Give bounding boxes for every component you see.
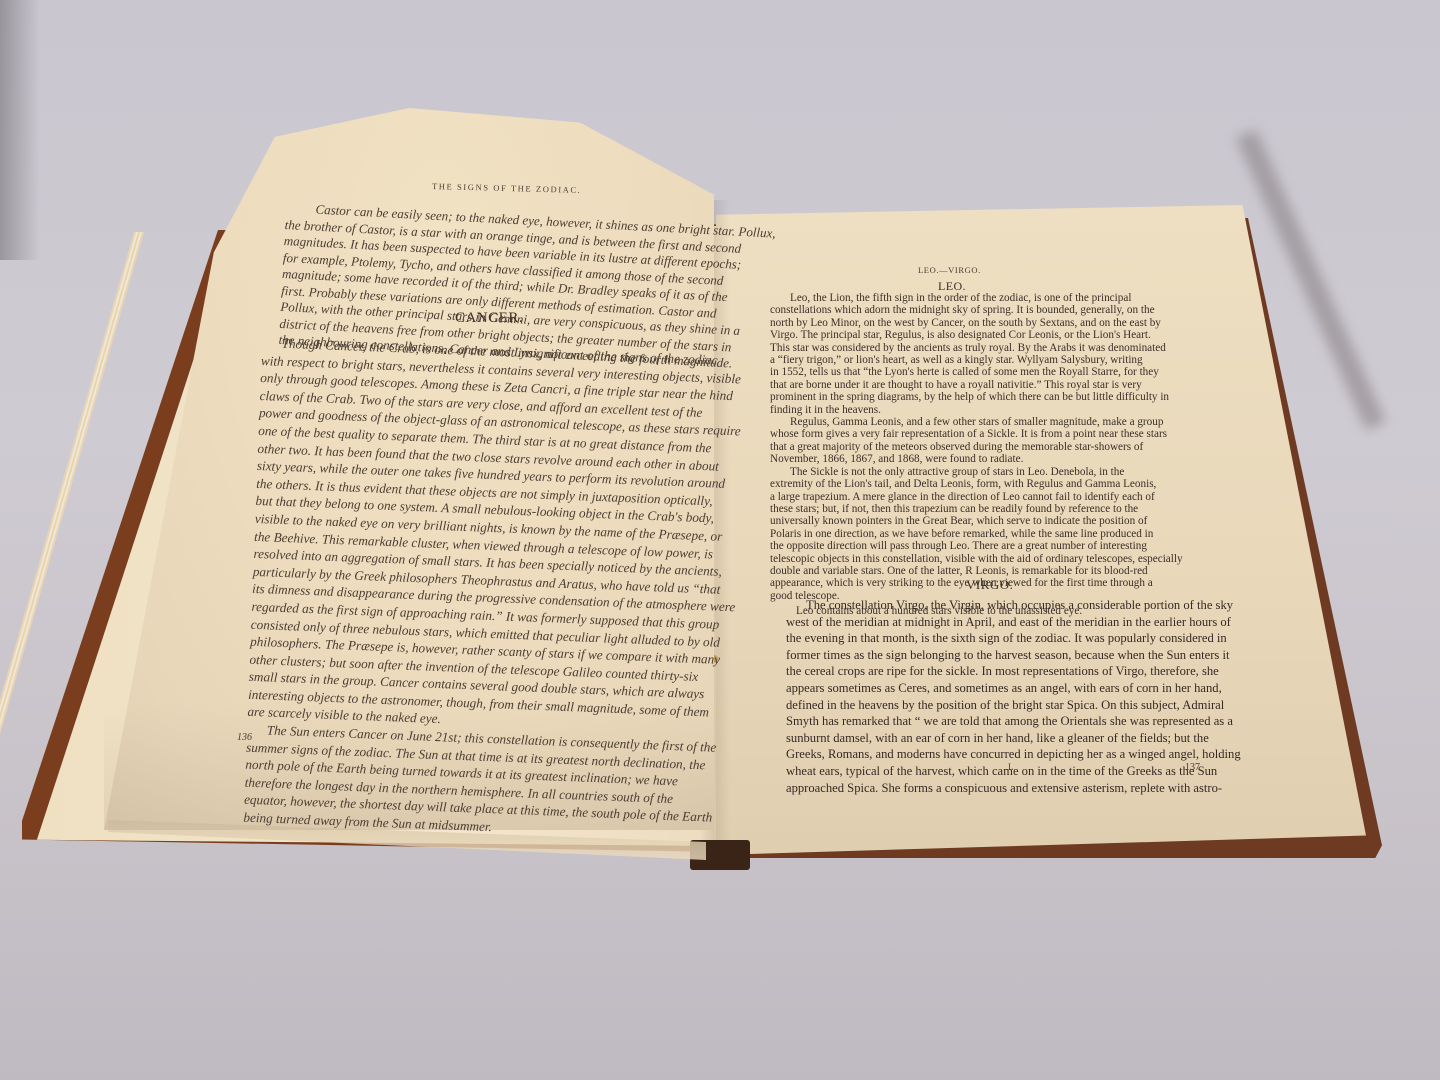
text-line: constellations which adorn the midnight … [770, 304, 1183, 316]
text-line: Leo, the Lion, the fifth sign in the ord… [770, 292, 1183, 304]
text-line: Greeks, Romans, and moderns have concurr… [786, 746, 1241, 763]
text-line: north by Leo Minor, on the west by Cance… [770, 317, 1183, 329]
text-line: double and variable stars. One of the la… [770, 565, 1183, 577]
text-line: The Sickle is not the only attractive gr… [770, 466, 1183, 478]
text-line: appears sometimes as Ceres, and sometime… [786, 680, 1241, 697]
page-number-left: 136 [237, 732, 252, 743]
text-line: Smyth has remarked that “ we are told th… [786, 713, 1241, 730]
text-line: these stars; but, if not, then this trap… [770, 503, 1183, 515]
text-line: approached Spica. She forms a conspicuou… [786, 780, 1241, 797]
text-line: defined in the heavens by the position o… [786, 697, 1241, 714]
text-line: Virgo. The principal star, Regulus, is a… [770, 329, 1183, 341]
running-head-right: LEO.—VIRGO. [918, 265, 981, 275]
page-number-right: 137 [1185, 762, 1200, 773]
text-line: finding it in the heavens. [770, 404, 1183, 416]
text-line: extremity of the Lion's tail, and Delta … [770, 478, 1183, 490]
section-heading-cancer: CANCER. [455, 310, 523, 327]
text-line: the evening in that month, is the sixth … [786, 630, 1241, 647]
text-line: the opposite direction will pass through… [770, 540, 1183, 552]
text-line: sunburnt damsel, with an ear of corn in … [786, 730, 1241, 747]
section-heading-virgo: VIRGO. [966, 577, 1013, 593]
text-line: November, 1866, 1867, and 1868, were fou… [770, 453, 1183, 465]
shadow [0, 0, 40, 260]
text-line: west of the meridian at midnight in Apri… [786, 614, 1241, 631]
text-line: universally known pointers in the Great … [770, 515, 1183, 527]
cancer-paragraph: Though Cancer, the Crab, is one of the m… [243, 334, 745, 845]
text-line: that are borne under it are thought to h… [770, 379, 1183, 391]
text-line: telescopic objects in this constellation… [770, 553, 1183, 565]
text-line: in 1552, tells us that “the Lyon's herte… [770, 366, 1183, 378]
text-line: a “fiery trigon,” or lion's heart, as we… [770, 354, 1183, 366]
text-line: This star was considered by the ancients… [770, 342, 1183, 354]
text-line: Polaris in one direction, as we have bef… [770, 528, 1183, 540]
text-line: prominent in the spring diagrams, by the… [770, 391, 1183, 403]
text-line: whose form gives a very fair representat… [770, 428, 1183, 440]
text-line: a large trapezium. A mere glance in the … [770, 491, 1183, 503]
text-line: the cereal crops are ripe for the sickle… [786, 663, 1241, 680]
signature-mark: L [1008, 762, 1014, 772]
text-line: Regulus, Gamma Leonis, and a few other s… [770, 416, 1183, 428]
text-line: The constellation Virgo, the Virgin, whi… [786, 597, 1241, 614]
text-line: former times as the sign belonging to th… [786, 647, 1241, 664]
text-line: that a great majority of the meteors obs… [770, 441, 1183, 453]
leo-paragraph: Leo, the Lion, the fifth sign in the ord… [770, 292, 1183, 618]
